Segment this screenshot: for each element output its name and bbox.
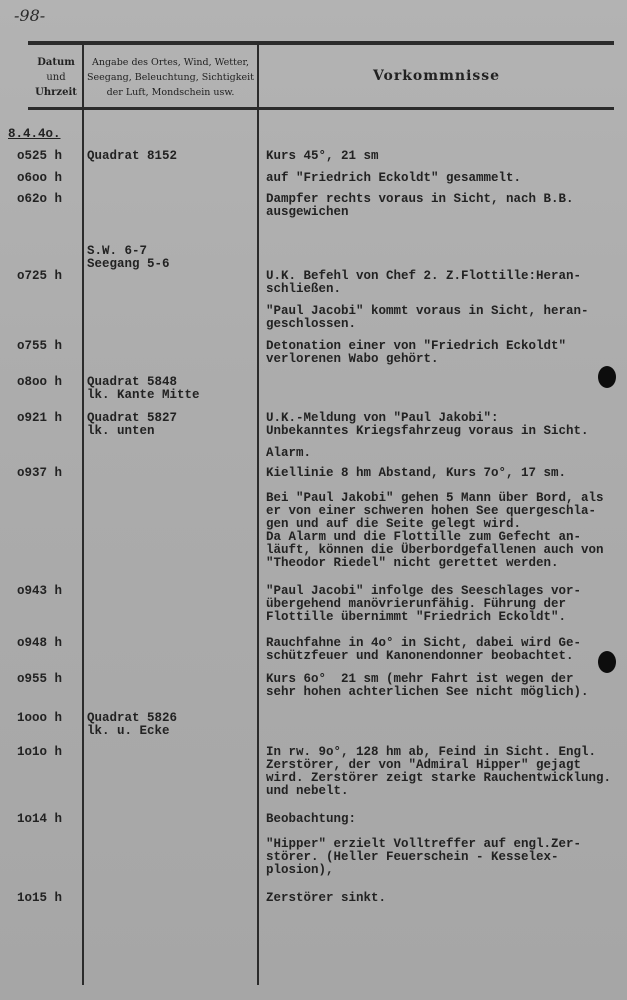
entry-event-line: geschlossen. bbox=[266, 318, 356, 331]
entry-time: o948 h bbox=[17, 637, 62, 650]
header-text: Datum bbox=[30, 55, 82, 70]
entry-place: Seegang 5-6 bbox=[87, 258, 170, 271]
entry-time: o725 h bbox=[17, 270, 62, 283]
column-divider bbox=[82, 45, 84, 985]
entry-event-line: Unbekanntes Kriegsfahrzeug voraus in Sic… bbox=[266, 425, 589, 438]
entry-time: 1ooo h bbox=[17, 712, 62, 725]
entry-place: lk. Kante Mitte bbox=[87, 389, 200, 402]
column-divider bbox=[257, 45, 259, 985]
entry-event-line: auf "Friedrich Eckoldt" gesammelt. bbox=[266, 172, 521, 185]
entry-time: o937 h bbox=[17, 467, 62, 480]
entry-event-line: Kurs 45°, 21 sm bbox=[266, 150, 379, 163]
entry-time: o62o h bbox=[17, 193, 62, 206]
punch-hole bbox=[598, 651, 616, 673]
entry-event-line: und nebelt. bbox=[266, 785, 349, 798]
entry-event-line: Flottille übernimmt "Friedrich Eckoldt". bbox=[266, 611, 566, 624]
punch-hole bbox=[598, 366, 616, 388]
header-text: Angabe des Ortes, Wind, Wetter, bbox=[84, 55, 257, 70]
entry-time: o755 h bbox=[17, 340, 62, 353]
header-place-weather: Angabe des Ortes, Wind, Wetter, Seegang,… bbox=[84, 55, 257, 100]
entry-time: o943 h bbox=[17, 585, 62, 598]
header-text: Seegang, Beleuchtung, Sichtigkeit bbox=[84, 70, 257, 85]
header-bottom-rule bbox=[28, 107, 614, 110]
entry-time: o6oo h bbox=[17, 172, 62, 185]
entry-time: 1o15 h bbox=[17, 892, 62, 905]
entry-date: 8.4.4o. bbox=[8, 128, 61, 141]
table-top-rule bbox=[28, 41, 614, 45]
entry-event-line: Kiellinie 8 hm Abstand, Kurs 7o°, 17 sm. bbox=[266, 467, 566, 480]
entry-place: Quadrat 8152 bbox=[87, 150, 177, 163]
entry-event-line: Zerstörer sinkt. bbox=[266, 892, 386, 905]
entry-event-line: Beobachtung: bbox=[266, 813, 356, 826]
entry-time: 1o14 h bbox=[17, 813, 62, 826]
header-text: der Luft, Mondschein usw. bbox=[84, 85, 257, 100]
page-number: -98- bbox=[14, 6, 45, 25]
entry-time: 1o1o h bbox=[17, 746, 62, 759]
entry-place: lk. u. Ecke bbox=[87, 725, 170, 738]
war-diary-page: -98- Datum und Uhrzeit Angabe des Ortes,… bbox=[0, 0, 627, 1000]
entry-event-line: ausgewichen bbox=[266, 206, 349, 219]
header-events: Vorkommnisse bbox=[259, 68, 614, 84]
entry-event-line: verlorenen Wabo gehört. bbox=[266, 353, 439, 366]
entry-event-line: schützfeuer und Kanonendonner beobachtet… bbox=[266, 650, 574, 663]
entry-event-line: plosion), bbox=[266, 864, 334, 877]
entry-time: o955 h bbox=[17, 673, 62, 686]
header-text: Uhrzeit bbox=[30, 85, 82, 100]
entry-event-line: sehr hohen achterlichen See nicht möglic… bbox=[266, 686, 589, 699]
entry-place: lk. unten bbox=[87, 425, 155, 438]
entry-time: o8oo h bbox=[17, 376, 62, 389]
header-date-time: Datum und Uhrzeit bbox=[30, 55, 82, 100]
header-text: und bbox=[30, 70, 82, 85]
entry-event-line: "Theodor Riedel" nicht gerettet werden. bbox=[266, 557, 559, 570]
entry-event-line: schließen. bbox=[266, 283, 341, 296]
entry-time: o921 h bbox=[17, 412, 62, 425]
entry-event-line: Alarm. bbox=[266, 447, 311, 460]
entry-time: o525 h bbox=[17, 150, 62, 163]
